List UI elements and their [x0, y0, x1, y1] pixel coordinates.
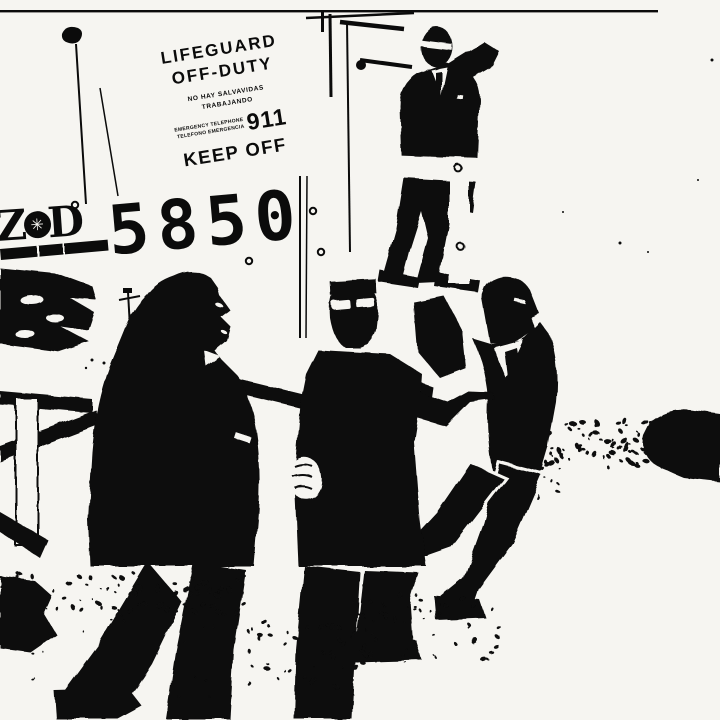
- front-shoe: [54, 688, 142, 719]
- zod-graffiti: Z ✳ D: [0, 200, 85, 248]
- bolt-icon: [318, 249, 324, 255]
- lifeguard-sign: LIFEGUARD OFF-DUTY NO HAY SALVAVIDAS TRA…: [147, 28, 307, 174]
- glasses-lens: [356, 297, 375, 308]
- ramp-post: [449, 158, 469, 284]
- rust-patch: [0, 268, 96, 352]
- glasses-lens: [332, 299, 351, 310]
- ramp-rail: [386, 155, 499, 179]
- walking-man-left-silhouette: [54, 271, 260, 719]
- zod-letter-d: D: [46, 200, 85, 244]
- photo-stage: LIFEGUARD OFF-DUTY NO HAY SALVAVIDAS TRA…: [0, 0, 720, 720]
- scene-svg: [0, 0, 720, 720]
- tower-structure-lines: [0, 10, 658, 338]
- torso: [294, 350, 426, 566]
- bolt-icon: [310, 208, 316, 214]
- head: [330, 280, 378, 348]
- rear-leg: [166, 562, 246, 719]
- sign-911-number: 911: [245, 103, 289, 137]
- swinging-arm: [414, 296, 466, 378]
- front-leg: [294, 566, 360, 719]
- head-and-torso: [88, 271, 260, 566]
